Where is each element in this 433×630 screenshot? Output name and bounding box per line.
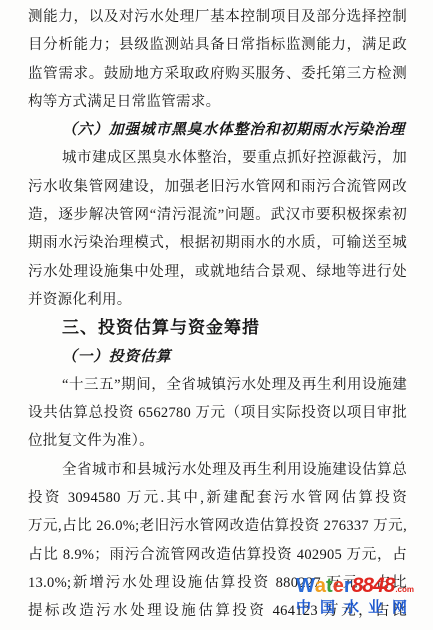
- text-line: 万元,占比 26.0%;老旧污水管网改造估算投资 276337 万元,: [28, 512, 407, 540]
- watermark-domain-suffix: .com: [395, 586, 414, 594]
- text-line: 构等方式满足日常监管需求。: [28, 88, 407, 116]
- text-line: 监管需求。鼓励地方采取政府购买服务、委托第三方检测机: [28, 60, 407, 88]
- text-line: 污水处理设施集中处理，或就地结合景观、绿地等进行处理: [28, 258, 407, 286]
- text-line: 城市建成区黑臭水体整治，要重点抓好控源截污，加快: [28, 144, 407, 172]
- text-line: 污水收集管网建设，加强老旧污水管网和雨污合流管网改: [28, 173, 407, 201]
- text-line: 占比 8.9%；雨污合流管网改造估算投资 402905 万元，占比: [28, 541, 407, 569]
- chapter-heading-3: 三、投资估算与资金筹措: [28, 314, 407, 342]
- watermark-letter: W: [296, 576, 315, 596]
- watermark-letter: r: [344, 576, 352, 596]
- watermark-logo: W a t e r 8848 .com 中国水业网: [296, 575, 433, 615]
- watermark-brand: W a t e r 8848 .com: [296, 575, 433, 596]
- text-line: “十三五”期间，全省城镇污水处理及再生利用设施建: [28, 371, 407, 399]
- text-line: 投资 3094580 万元.其中,新建配套污水管网估算投资 803911: [28, 484, 407, 512]
- text-line: 造，逐步解决管网“清污混流”问题。武汉市要积极探索初: [28, 201, 407, 229]
- subsection-heading-1: （一）投资估算: [28, 343, 407, 371]
- watermark-letter: a: [315, 576, 326, 596]
- watermark-letter: t: [326, 576, 333, 596]
- text-line: 目分析能力；县级监测站具备日常指标监测能力，满足政府: [28, 31, 407, 59]
- watermark-number: 8848: [352, 575, 395, 596]
- text-line: 设共估算总投资 6562780 万元（项目实际投资以项目审批单: [28, 399, 407, 427]
- section-heading-6: （六）加强城市黑臭水体整治和初期雨水污染治理: [28, 116, 407, 144]
- watermark-letter: e: [333, 576, 344, 596]
- text-line: 期雨水污染治理模式，根据初期雨水的水质，可输送至城镇: [28, 229, 407, 257]
- document-page: 测能力，以及对污水处理厂基本控制项目及部分选择控制项 目分析能力；县级监测站具备…: [0, 0, 433, 630]
- text-line: 测能力，以及对污水处理厂基本控制项目及部分选择控制项: [28, 3, 407, 31]
- text-line: 全省城市和县城污水处理及再生利用设施建设估算总: [28, 456, 407, 484]
- watermark-site-name: 中国水业网: [296, 600, 433, 615]
- text-line: 位批复文件为准）。: [28, 427, 407, 455]
- text-line: 并资源化利用。: [28, 286, 407, 314]
